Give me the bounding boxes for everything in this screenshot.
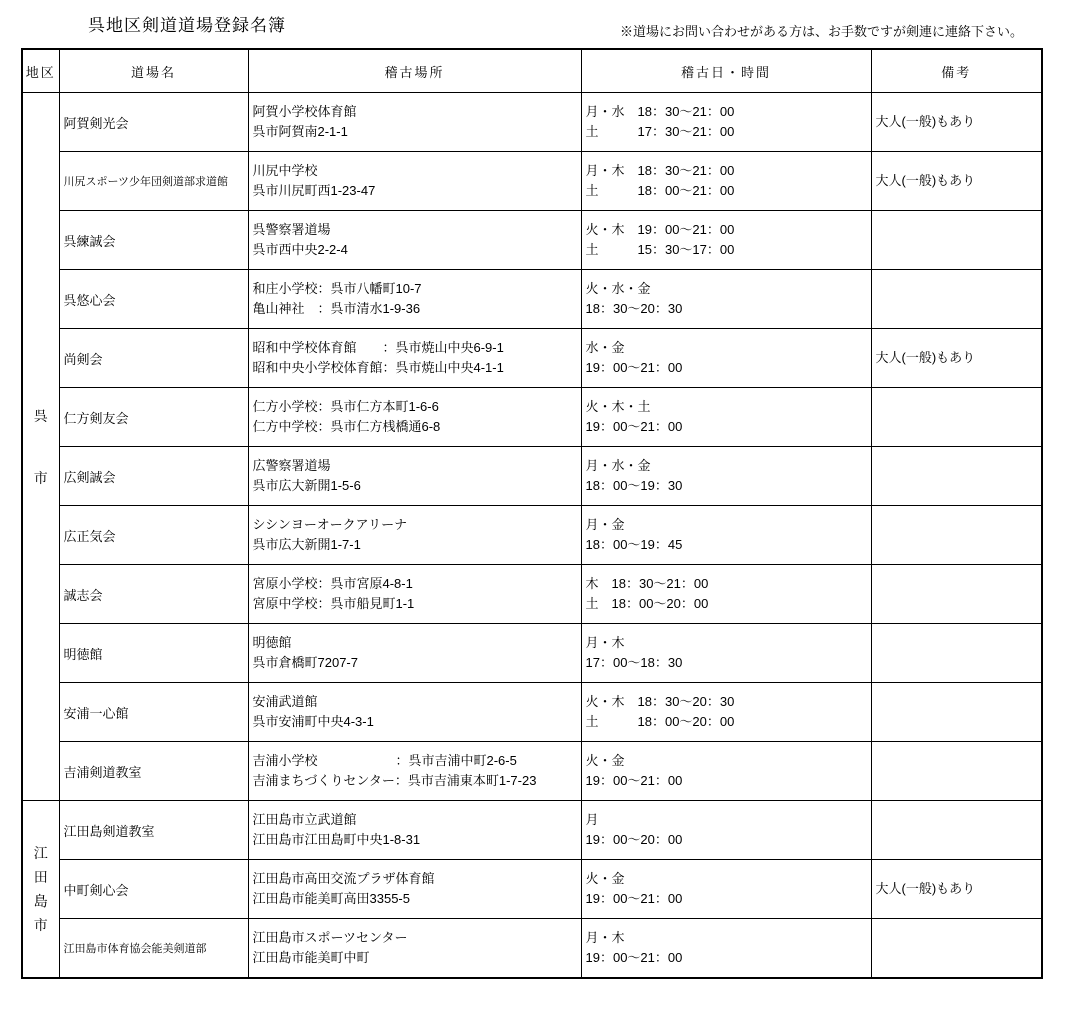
district-cell-kure: 呉 市	[22, 93, 59, 801]
table-row: 呉悠心会 和庄小学校：呉市八幡町10-7 亀山神社 ：呉市清水1-9-36 火・…	[22, 270, 1042, 329]
remarks-cell	[871, 506, 1042, 565]
dojo-name-cell: 呉練誠会	[59, 211, 248, 270]
location-cell: 宮原小学校：呉市宮原4-8-1 宮原中学校：呉市船見町1-1	[248, 565, 581, 624]
location-cell: シシンヨーオークアリーナ 呉市広大新開1-7-1	[248, 506, 581, 565]
table-row: 尚剣会 昭和中学校体育館 ：呉市焼山中央6-9-1 昭和中央小学校体育館：呉市焼…	[22, 329, 1042, 388]
header-dojo-name: 道場名	[59, 49, 248, 93]
district-char: 呉	[34, 406, 48, 426]
dojo-name-cell: 呉悠心会	[59, 270, 248, 329]
location-cell: 昭和中学校体育館 ：呉市焼山中央6-9-1 昭和中央小学校体育館：呉市焼山中央4…	[248, 329, 581, 388]
page-title: 呉地区剣道道場登録名簿	[88, 11, 286, 36]
contact-note: ※道場にお問い合わせがある方は、お手数ですが剣連に連絡下さい。	[620, 21, 1023, 40]
dojo-name-cell: 広正気会	[59, 506, 248, 565]
remarks-cell: 大人(一般)もあり	[871, 152, 1042, 211]
header-row: 地区 道場名 稽古場所 稽古日・時間 備考	[22, 49, 1042, 93]
header-schedule: 稽古日・時間	[581, 49, 871, 93]
remarks-cell	[871, 801, 1042, 860]
location-cell: 和庄小学校：呉市八幡町10-7 亀山神社 ：呉市清水1-9-36	[248, 270, 581, 329]
schedule-cell: 火・木 19：00～21：00 土 15：30～17：00	[581, 211, 871, 270]
schedule-cell: 火・木・土 19：00～21：00	[581, 388, 871, 447]
location-cell: 川尻中学校 呉市川尻町西1-23-47	[248, 152, 581, 211]
remarks-cell	[871, 270, 1042, 329]
header-district: 地区	[22, 49, 59, 93]
table-row: 江田島市体育協会能美剣道部 江田島市スポーツセンター 江田島市能美町中町 月・木…	[22, 919, 1042, 979]
district-char: 市	[34, 915, 48, 935]
schedule-cell: 火・水・金 18：30～20：30	[581, 270, 871, 329]
location-cell: 江田島市スポーツセンター 江田島市能美町中町	[248, 919, 581, 979]
schedule-cell: 月・木 17：00～18：30	[581, 624, 871, 683]
page: 呉地区剣道道場登録名簿 ※道場にお問い合わせがある方は、お手数ですが剣連に連絡下…	[0, 0, 1068, 1012]
dojo-name-cell: 江田島剣道教室	[59, 801, 248, 860]
table-row: 明徳館 明徳館 呉市倉橋町7207-7 月・木 17：00～18：30	[22, 624, 1042, 683]
schedule-cell: 月 19：00～20：00	[581, 801, 871, 860]
dojo-name-cell: 誠志会	[59, 565, 248, 624]
district-cell-etajima: 江 田 島 市	[22, 801, 59, 979]
location-cell: 阿賀小学校体育館 呉市阿賀南2-1-1	[248, 93, 581, 152]
dojo-name-cell: 明徳館	[59, 624, 248, 683]
dojo-name-cell: 江田島市体育協会能美剣道部	[59, 919, 248, 979]
remarks-cell	[871, 742, 1042, 801]
remarks-cell	[871, 624, 1042, 683]
schedule-cell: 火・金 19：00～21：00	[581, 860, 871, 919]
table-row: 呉 市 阿賀剣光会 阿賀小学校体育館 呉市阿賀南2-1-1 月・水 18：30～…	[22, 93, 1042, 152]
remarks-cell: 大人(一般)もあり	[871, 860, 1042, 919]
remarks-cell	[871, 919, 1042, 979]
schedule-cell: 月・金 18：00～19：45	[581, 506, 871, 565]
table-row: 中町剣心会 江田島市高田交流プラザ体育館 江田島市能美町高田3355-5 火・金…	[22, 860, 1042, 919]
dojo-name-cell: 仁方剣友会	[59, 388, 248, 447]
location-cell: 仁方小学校：呉市仁方本町1-6-6 仁方中学校：呉市仁方桟橋通6-8	[248, 388, 581, 447]
district-char: 市	[34, 468, 48, 488]
remarks-cell	[871, 683, 1042, 742]
table-row: 広正気会 シシンヨーオークアリーナ 呉市広大新開1-7-1 月・金 18：00～…	[22, 506, 1042, 565]
dojo-name-cell: 川尻スポーツ少年団剣道部求道館	[59, 152, 248, 211]
table-row: 呉練誠会 呉警察署道場 呉市西中央2-2-4 火・木 19：00～21：00 土…	[22, 211, 1042, 270]
location-cell: 安浦武道館 呉市安浦町中央4-3-1	[248, 683, 581, 742]
remarks-cell	[871, 447, 1042, 506]
dojo-name-cell: 吉浦剣道教室	[59, 742, 248, 801]
location-cell: 江田島市高田交流プラザ体育館 江田島市能美町高田3355-5	[248, 860, 581, 919]
dojo-name-cell: 尚剣会	[59, 329, 248, 388]
location-cell: 呉警察署道場 呉市西中央2-2-4	[248, 211, 581, 270]
schedule-cell: 月・水・金 18：00～19：30	[581, 447, 871, 506]
remarks-cell	[871, 388, 1042, 447]
remarks-cell: 大人(一般)もあり	[871, 329, 1042, 388]
table-row: 広剣誠会 広警察署道場 呉市広大新開1-5-6 月・水・金 18：00～19：3…	[22, 447, 1042, 506]
schedule-cell: 月・木 19：00～21：00	[581, 919, 871, 979]
location-cell: 江田島市立武道館 江田島市江田島町中央1-8-31	[248, 801, 581, 860]
location-cell: 明徳館 呉市倉橋町7207-7	[248, 624, 581, 683]
remarks-cell	[871, 565, 1042, 624]
dojo-roster-table: 地区 道場名 稽古場所 稽古日・時間 備考 呉 市 阿賀剣光会 阿賀小学校体育館	[21, 48, 1043, 979]
schedule-cell: 水・金 19：00～21：00	[581, 329, 871, 388]
table-row: 川尻スポーツ少年団剣道部求道館 川尻中学校 呉市川尻町西1-23-47 月・木 …	[22, 152, 1042, 211]
dojo-name-cell: 広剣誠会	[59, 447, 248, 506]
schedule-cell: 月・木 18：30～21：00 土 18：00～21：00	[581, 152, 871, 211]
district-char: 江	[34, 843, 48, 863]
table-row: 仁方剣友会 仁方小学校：呉市仁方本町1-6-6 仁方中学校：呉市仁方桟橋通6-8…	[22, 388, 1042, 447]
table-row: 吉浦剣道教室 吉浦小学校 ：呉市吉浦中町2-6-5 吉浦まちづくりセンター：呉市…	[22, 742, 1042, 801]
location-cell: 吉浦小学校 ：呉市吉浦中町2-6-5 吉浦まちづくりセンター：呉市吉浦東本町1-…	[248, 742, 581, 801]
header-location: 稽古場所	[248, 49, 581, 93]
schedule-cell: 火・金 19：00～21：00	[581, 742, 871, 801]
dojo-name-cell: 中町剣心会	[59, 860, 248, 919]
location-cell: 広警察署道場 呉市広大新開1-5-6	[248, 447, 581, 506]
header-remarks: 備考	[871, 49, 1042, 93]
dojo-name-cell: 安浦一心館	[59, 683, 248, 742]
table-row: 江 田 島 市 江田島剣道教室 江田島市立武道館 江田島市江田島町中央1-8-3…	[22, 801, 1042, 860]
table-row: 誠志会 宮原小学校：呉市宮原4-8-1 宮原中学校：呉市船見町1-1 木 18：…	[22, 565, 1042, 624]
schedule-cell: 木 18：30～21：00 土 18：00～20：00	[581, 565, 871, 624]
dojo-name-cell: 阿賀剣光会	[59, 93, 248, 152]
table-row: 安浦一心館 安浦武道館 呉市安浦町中央4-3-1 火・木 18：30～20：30…	[22, 683, 1042, 742]
schedule-cell: 火・木 18：30～20：30 土 18：00～20：00	[581, 683, 871, 742]
schedule-cell: 月・水 18：30～21：00 土 17：30～21：00	[581, 93, 871, 152]
remarks-cell: 大人(一般)もあり	[871, 93, 1042, 152]
remarks-cell	[871, 211, 1042, 270]
district-char: 島	[34, 891, 48, 911]
district-char: 田	[34, 867, 48, 887]
